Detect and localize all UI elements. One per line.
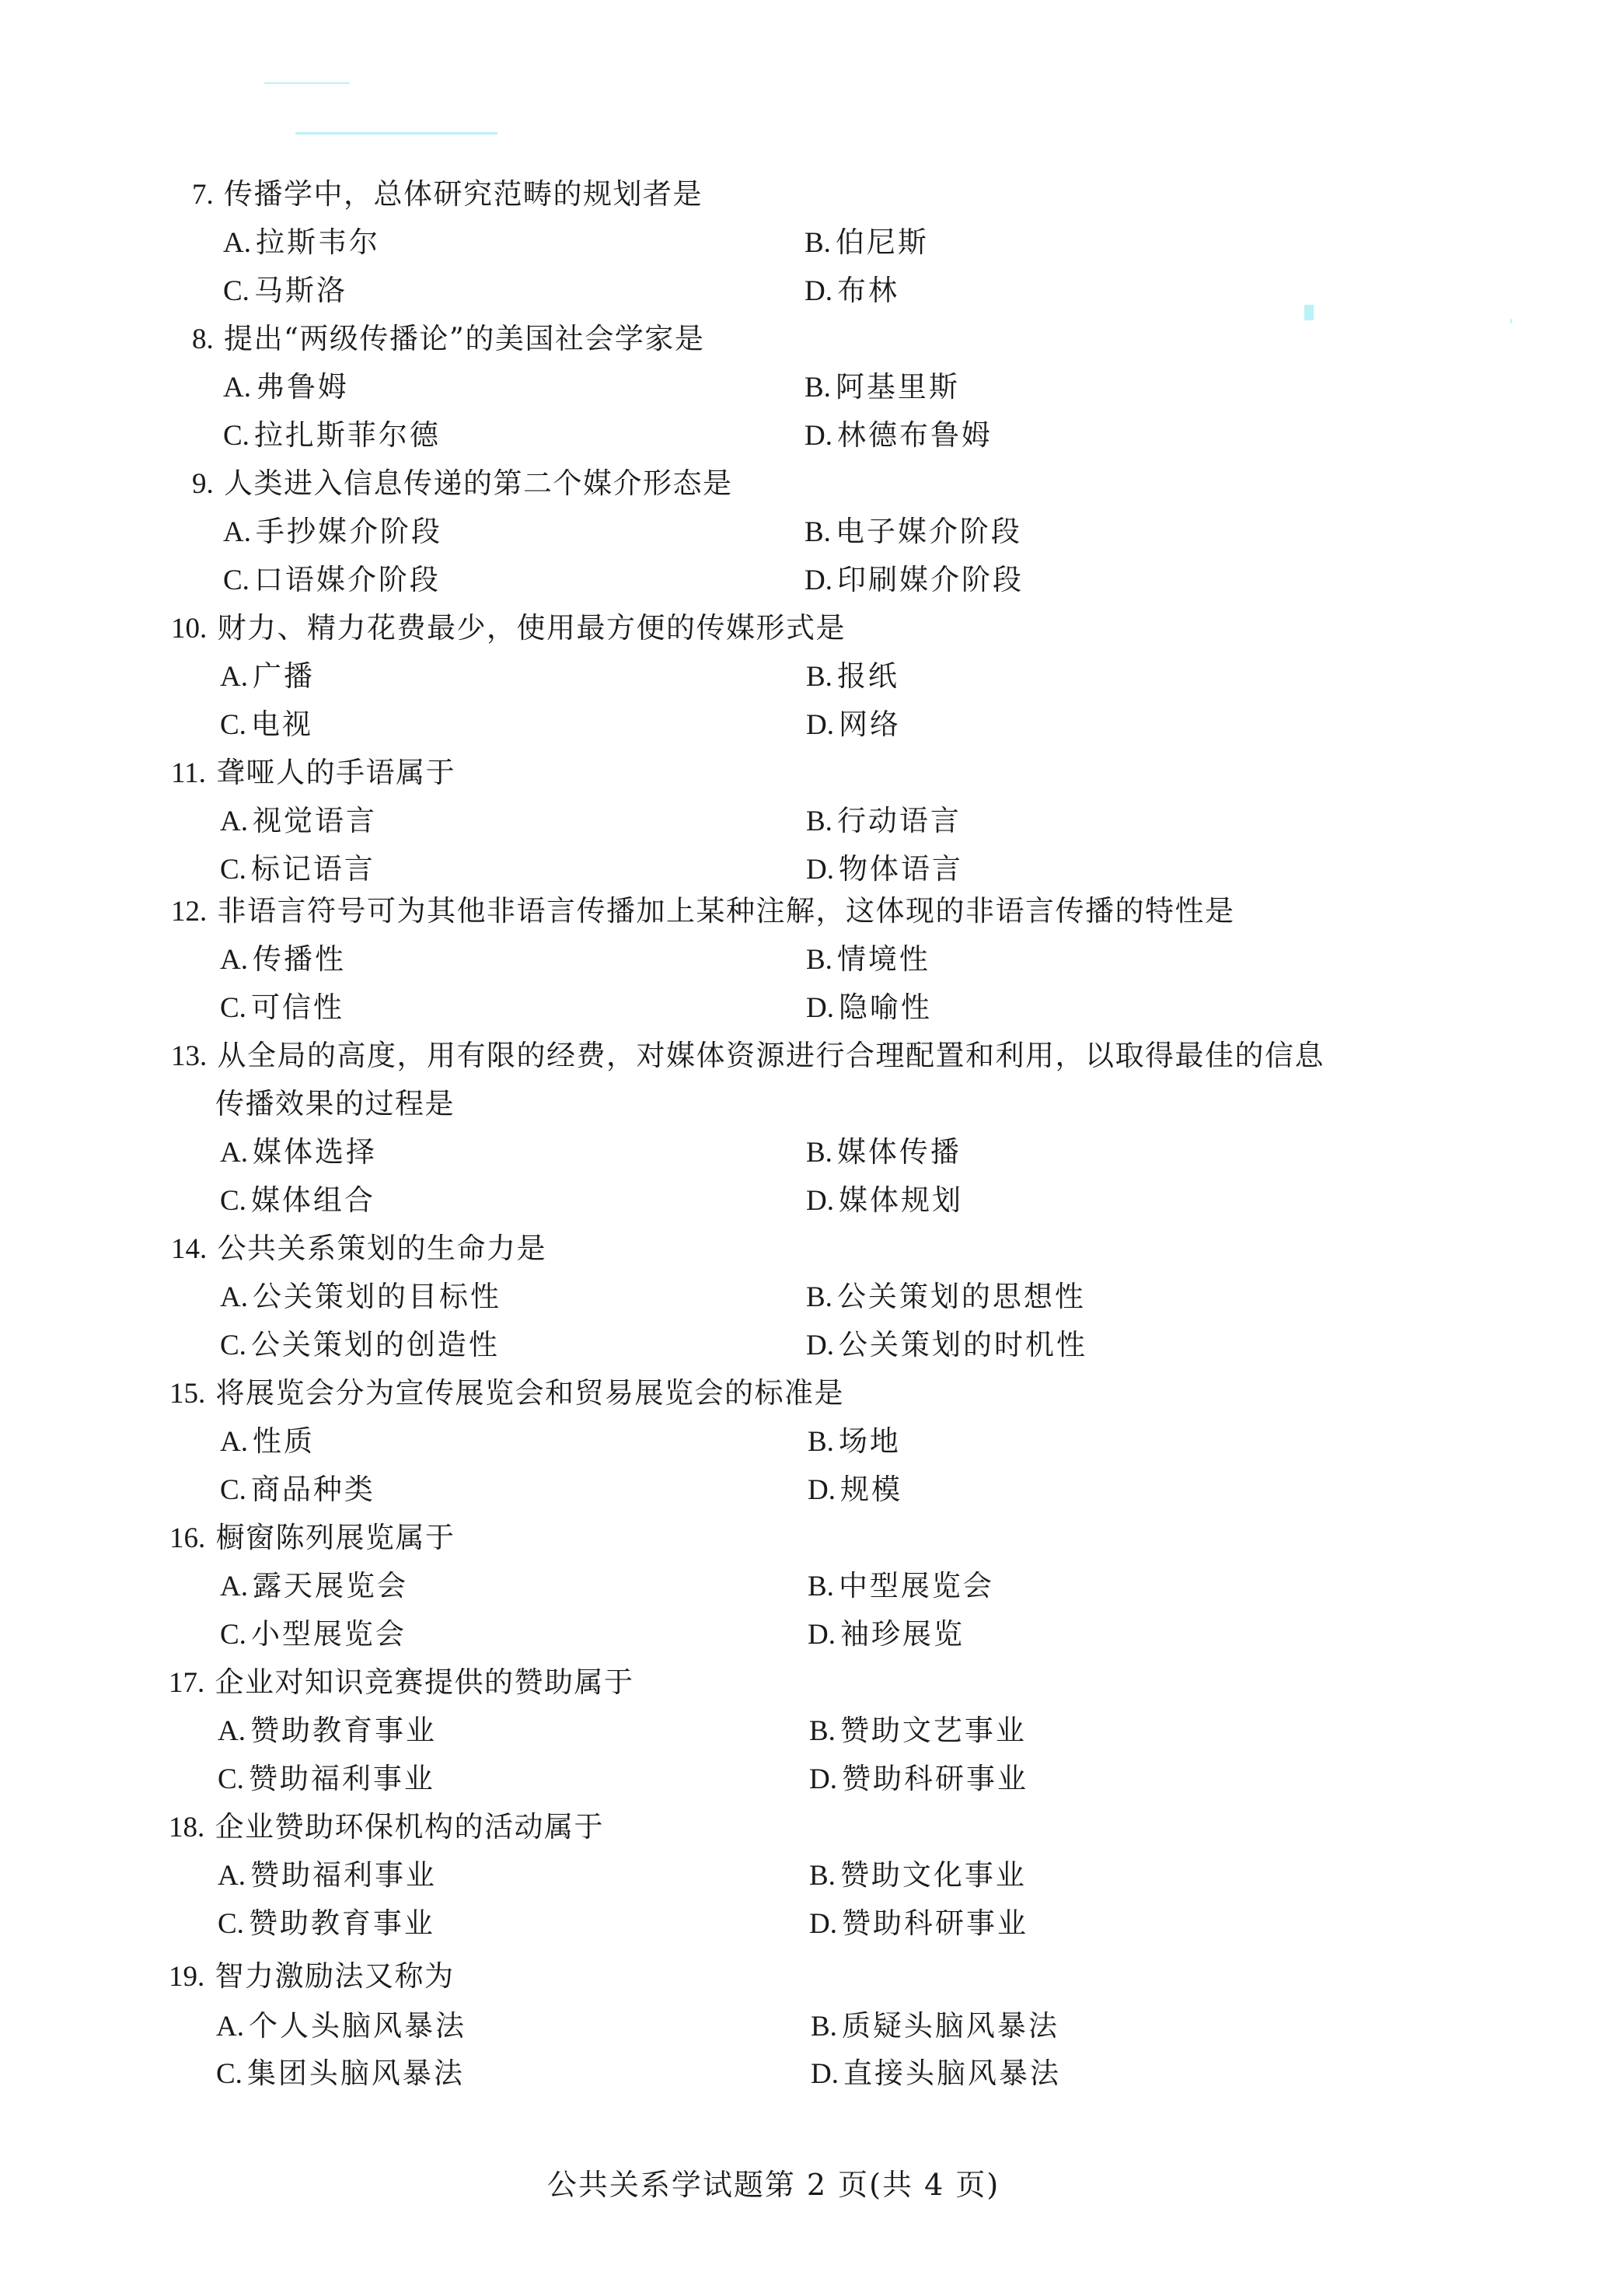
question-7-option-b: B.伯尼斯 xyxy=(805,225,929,260)
question-text: 传播效果的过程是 xyxy=(215,1087,455,1120)
question-11-option-d: D.物体语言 xyxy=(806,852,963,886)
question-16-option-a: A.露天展览会 xyxy=(220,1569,408,1603)
question-12-option-d: D.隐喻性 xyxy=(806,991,932,1025)
question-19-option-c: C.集团头脑风暴法 xyxy=(216,2057,465,2091)
question-15-stem: 15. 将展览会分为宣传展览会和贸易展览会的标准是 xyxy=(169,1376,844,1410)
question-text: 提出“两级传播论”的美国社会学家是 xyxy=(224,322,704,355)
question-9-option-c: C.口语媒介阶段 xyxy=(223,563,441,597)
question-13-option-c: C.媒体组合 xyxy=(220,1183,375,1218)
question-15-option-d: D.规模 xyxy=(808,1473,902,1507)
question-16-stem: 16. 橱窗陈列展览属于 xyxy=(169,1521,455,1555)
question-19-option-b: B.质疑头脑风暴法 xyxy=(811,2009,1059,2043)
scan-noise xyxy=(1304,305,1314,320)
question-9-stem: 9. 人类进入信息传递的第二个媒介形态是 xyxy=(192,467,733,501)
question-number: 17. xyxy=(169,1666,204,1700)
question-18-stem: 18. 企业赞助环保机构的活动属于 xyxy=(169,1810,604,1844)
question-number: 9. xyxy=(192,467,214,501)
question-8-option-c: C.拉扎斯菲尔德 xyxy=(223,418,441,453)
question-18-option-d: D.赞助科研事业 xyxy=(809,1906,1028,1941)
question-text: 橱窗陈列展览属于 xyxy=(216,1521,455,1554)
question-14-option-c: C.公关策划的创造性 xyxy=(220,1328,500,1362)
question-12-option-b: B.情境性 xyxy=(806,942,930,977)
question-text: 人类进入信息传递的第二个媒介形态是 xyxy=(224,467,733,500)
question-number: 7. xyxy=(192,178,214,212)
question-12-option-a: A.传播性 xyxy=(220,942,346,977)
question-text: 聋哑人的手语属于 xyxy=(216,756,455,789)
question-number: 11. xyxy=(171,757,206,791)
question-9-option-d: D.印刷媒介阶段 xyxy=(805,563,1024,597)
question-10-option-a: A.广播 xyxy=(220,659,315,694)
question-8-stem: 8. 提出“两级传播论”的美国社会学家是 xyxy=(192,322,704,356)
question-17-option-b: B.赞助文艺事业 xyxy=(809,1714,1027,1748)
question-19-stem: 19. 智力激励法又称为 xyxy=(169,1959,455,1994)
question-number: 19. xyxy=(169,1960,204,1994)
question-number: 15. xyxy=(169,1377,205,1411)
question-11-stem: 11. 聋哑人的手语属于 xyxy=(171,756,455,790)
question-12-option-c: C.可信性 xyxy=(220,991,344,1025)
question-7-option-d: D.布林 xyxy=(805,274,899,308)
question-7-option-c: C.马斯洛 xyxy=(223,274,347,308)
question-10-option-d: D.网络 xyxy=(806,708,901,742)
scan-noise xyxy=(295,132,497,135)
question-9-option-a: A.手抄媒介阶段 xyxy=(223,515,442,549)
question-18-option-a: A.赞助福利事业 xyxy=(218,1858,437,1892)
question-19-option-d: D.直接头脑风暴法 xyxy=(811,2057,1061,2091)
question-number: 18. xyxy=(169,1811,204,1845)
question-14-option-d: D.公关策划的时机性 xyxy=(806,1328,1087,1362)
question-16-option-c: C.小型展览会 xyxy=(220,1617,407,1651)
question-8-option-b: B.阿基里斯 xyxy=(805,370,960,404)
question-15-option-c: C.商品种类 xyxy=(220,1473,375,1507)
question-13-stem: 13. 从全局的高度，用有限的经费，对媒体资源进行合理配置和利用，以取得最佳的信… xyxy=(171,1039,1325,1073)
scan-noise xyxy=(264,82,350,84)
question-9-option-b: B.电子媒介阶段 xyxy=(805,515,1022,549)
question-11-option-a: A.视觉语言 xyxy=(220,804,377,838)
question-18-option-c: C.赞助教育事业 xyxy=(218,1906,435,1941)
question-text: 传播学中，总体研究范畴的规划者是 xyxy=(224,177,703,211)
question-10-option-b: B.报纸 xyxy=(806,659,899,694)
question-15-option-a: A.性质 xyxy=(220,1424,315,1459)
question-17-option-d: D.赞助科研事业 xyxy=(809,1762,1028,1796)
question-text: 从全局的高度，用有限的经费，对媒体资源进行合理配置和利用，以取得最佳的信息 xyxy=(218,1039,1325,1072)
question-18-option-b: B.赞助文化事业 xyxy=(809,1858,1027,1892)
question-19-option-a: A.个人头脑风暴法 xyxy=(216,2009,466,2043)
question-16-option-b: B.中型展览会 xyxy=(808,1569,994,1603)
question-16-option-d: D.袖珍展览 xyxy=(808,1617,965,1651)
question-13-option-a: A.媒体选择 xyxy=(220,1135,377,1169)
question-text: 企业赞助环保机构的活动属于 xyxy=(215,1810,605,1843)
question-17-stem: 17. 企业对知识竞赛提供的赞助属于 xyxy=(169,1665,634,1700)
exam-page: 7. 传播学中，总体研究范畴的规划者是 A.拉斯韦尔 B.伯尼斯 C.马斯洛 D… xyxy=(0,0,1616,2296)
question-number: 8. xyxy=(192,323,214,357)
question-12-stem: 12. 非语言符号可为其他非语言传播加上某种注解，这体现的非语言传播的特性是 xyxy=(171,894,1235,928)
question-10-stem: 10. 财力、精力花费最少，使用最方便的传媒形式是 xyxy=(171,611,846,645)
question-14-stem: 14. 公共关系策划的生命力是 xyxy=(171,1232,546,1266)
question-text: 企业对知识竞赛提供的赞助属于 xyxy=(215,1665,634,1699)
question-14-option-a: A.公关策划的目标性 xyxy=(220,1280,501,1314)
question-8-option-a: A.弗鲁姆 xyxy=(223,370,349,404)
scan-noise xyxy=(1510,319,1512,323)
question-text: 智力激励法又称为 xyxy=(215,1959,455,1993)
question-13-option-d: D.媒体规划 xyxy=(806,1183,963,1218)
question-7-stem: 7. 传播学中，总体研究范畴的规划者是 xyxy=(192,177,703,211)
question-8-option-d: D.林德布鲁姆 xyxy=(805,418,993,453)
question-7-option-a: A.拉斯韦尔 xyxy=(223,225,380,260)
question-11-option-c: C.标记语言 xyxy=(220,852,375,886)
question-14-option-b: B.公关策划的思想性 xyxy=(806,1280,1086,1314)
question-11-option-b: B.行动语言 xyxy=(806,804,962,838)
question-number: 10. xyxy=(171,612,207,646)
question-number: 12. xyxy=(171,895,207,929)
question-13-option-b: B.媒体传播 xyxy=(806,1135,962,1169)
question-text: 财力、精力花费最少，使用最方便的传媒形式是 xyxy=(218,611,846,645)
question-number: 16. xyxy=(169,1522,205,1556)
question-17-option-a: A.赞助教育事业 xyxy=(218,1714,437,1748)
page-footer: 公共关系学试题第 2 页(共 4 页) xyxy=(0,2168,1547,2202)
question-17-option-c: C.赞助福利事业 xyxy=(218,1762,435,1796)
question-text: 公共关系策划的生命力是 xyxy=(218,1232,547,1265)
question-10-option-c: C.电视 xyxy=(220,708,313,742)
question-number: 13. xyxy=(171,1040,207,1074)
question-number: 14. xyxy=(171,1232,207,1267)
question-text: 将展览会分为宣传展览会和贸易展览会的标准是 xyxy=(216,1376,845,1410)
question-15-option-b: B.场地 xyxy=(808,1424,901,1459)
question-13-stem-continued: 传播效果的过程是 xyxy=(215,1087,455,1121)
question-text: 非语言符号可为其他非语言传播加上某种注解，这体现的非语言传播的特性是 xyxy=(218,894,1235,928)
